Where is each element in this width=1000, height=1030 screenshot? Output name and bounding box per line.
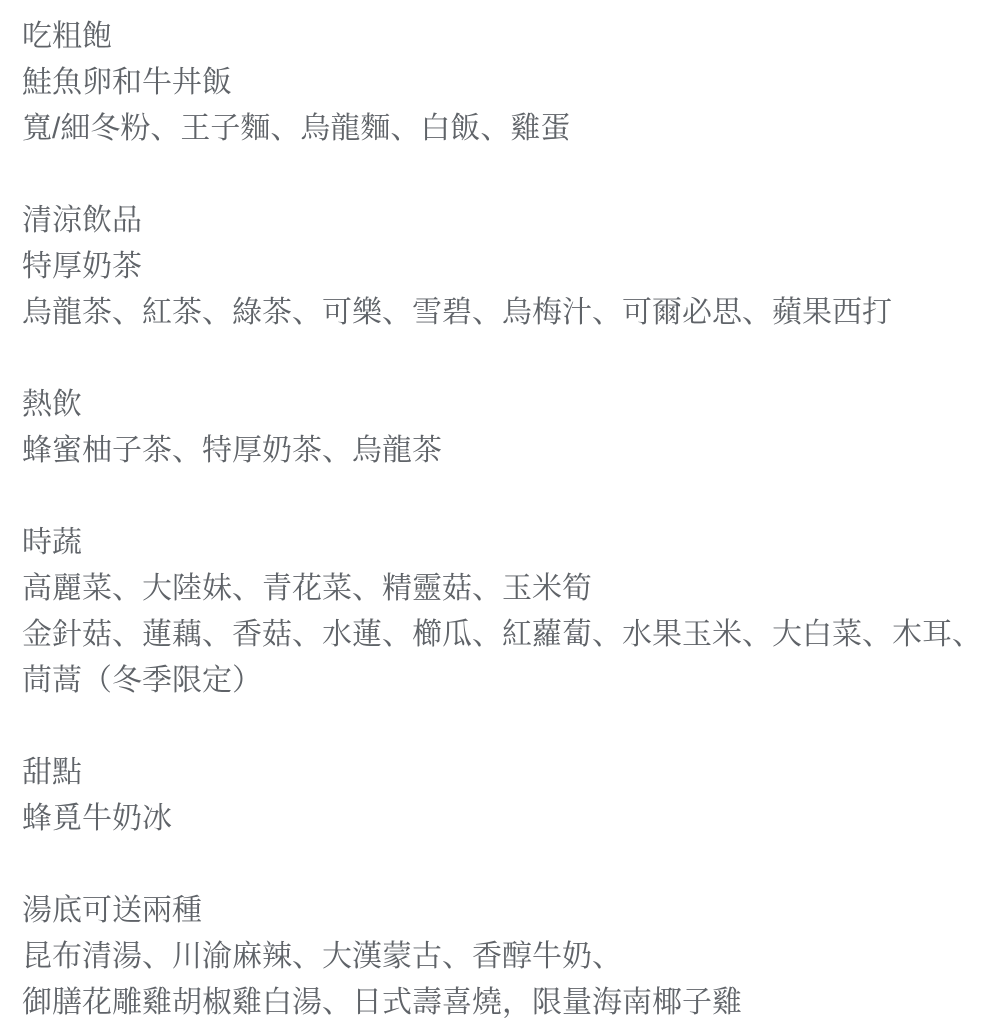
section-title: 甜點: [22, 750, 990, 796]
menu-line: 鮭魚卵和牛丼飯: [22, 60, 990, 106]
menu-section-dessert: 甜點 蜂覓牛奶冰: [22, 750, 990, 842]
menu-line: 茼蒿（冬季限定）: [22, 658, 990, 704]
section-title: 湯底可送兩種: [22, 888, 990, 934]
section-title: 時蔬: [22, 520, 990, 566]
menu-line: 御膳花雕雞胡椒雞白湯、日式壽喜燒，限量海南椰子雞: [22, 980, 990, 1026]
menu-text: 吃粗飽 鮭魚卵和牛丼飯 寬/細冬粉、王子麵、烏龍麵、白飯、雞蛋 清涼飲品 特厚奶…: [0, 0, 1000, 1026]
menu-section-soup-bases: 湯底可送兩種 昆布清湯、川渝麻辣、大漢蒙古、香醇牛奶、 御膳花雕雞胡椒雞白湯、日…: [22, 888, 990, 1026]
menu-section-vegetables: 時蔬 高麗菜、大陸妹、青花菜、精靈菇、玉米筍 金針菇、蓮藕、香菇、水蓮、櫛瓜、紅…: [22, 520, 990, 704]
menu-section-hot-drinks: 熱飲 蜂蜜柚子茶、特厚奶茶、烏龍茶: [22, 382, 990, 474]
menu-line: 寬/細冬粉、王子麵、烏龍麵、白飯、雞蛋: [22, 106, 990, 152]
section-title: 熱飲: [22, 382, 990, 428]
menu-line: 蜂覓牛奶冰: [22, 796, 990, 842]
menu-line: 蜂蜜柚子茶、特厚奶茶、烏龍茶: [22, 428, 990, 474]
section-title: 吃粗飽: [22, 14, 990, 60]
menu-line: 高麗菜、大陸妹、青花菜、精靈菇、玉米筍: [22, 566, 990, 612]
section-title: 清涼飲品: [22, 198, 990, 244]
menu-line: 昆布清湯、川渝麻辣、大漢蒙古、香醇牛奶、: [22, 934, 990, 980]
menu-line: 烏龍茶、紅茶、綠茶、可樂、雪碧、烏梅汁、可爾必思、蘋果西打: [22, 290, 990, 336]
menu-section-cold-drinks: 清涼飲品 特厚奶茶 烏龍茶、紅茶、綠茶、可樂、雪碧、烏梅汁、可爾必思、蘋果西打: [22, 198, 990, 336]
menu-line: 特厚奶茶: [22, 244, 990, 290]
menu-section-staples: 吃粗飽 鮭魚卵和牛丼飯 寬/細冬粉、王子麵、烏龍麵、白飯、雞蛋: [22, 14, 990, 152]
menu-line: 金針菇、蓮藕、香菇、水蓮、櫛瓜、紅蘿蔔、水果玉米、大白菜、木耳、: [22, 612, 990, 658]
